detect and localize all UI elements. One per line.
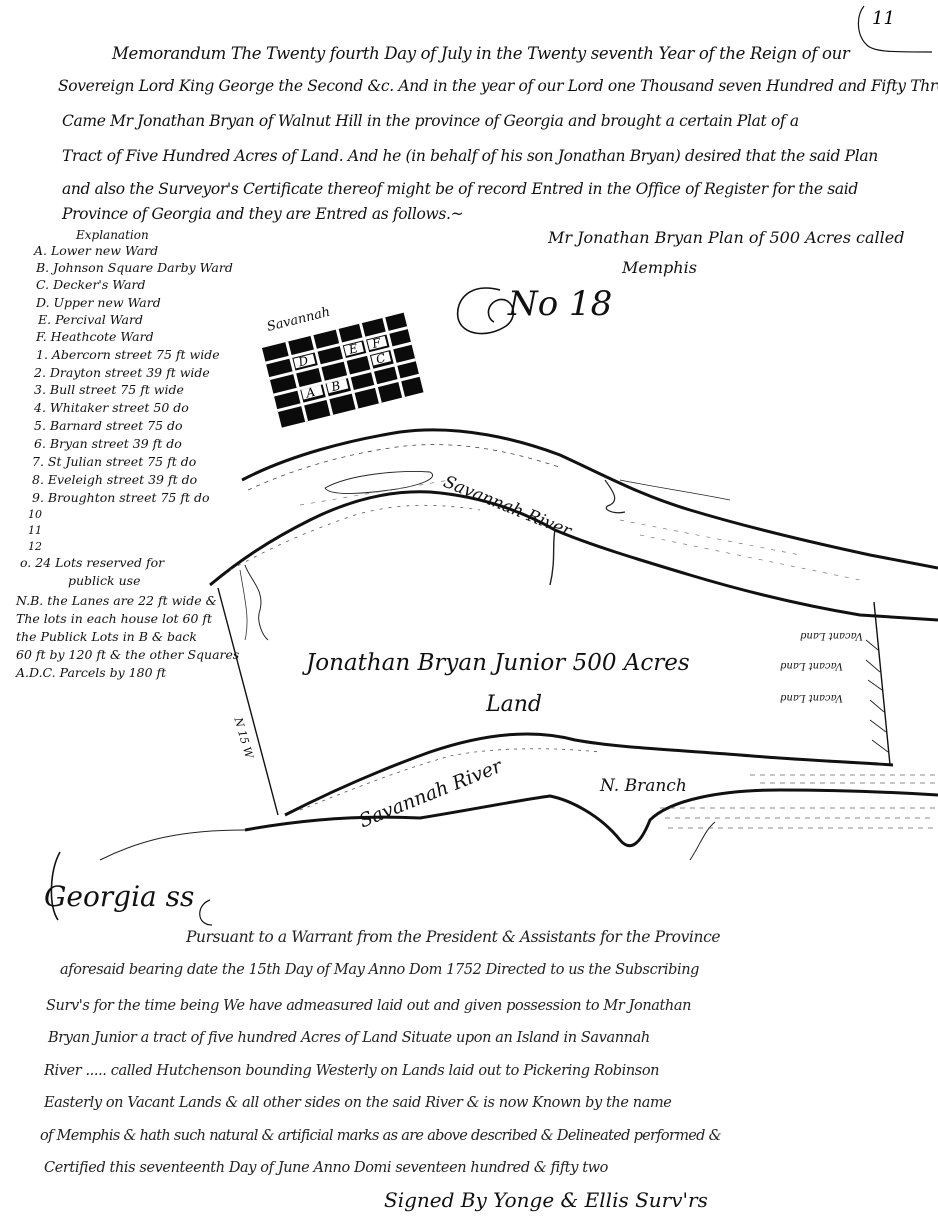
certificate-line: Certified this seventeenth Day of June A… [44,1160,608,1176]
certificate-line: Pursuant to a Warrant from the President… [186,928,720,946]
certificate-heading: Georgia ss [44,880,194,913]
branch-label: N. Branch [600,776,687,796]
tract-right-boundary [874,602,890,765]
lower-river-south-bank [245,790,938,846]
certificate-signature: Signed By Yonge & Ellis Surv'rs [384,1188,708,1212]
certificate-line: of Memphis & hath such natural & artific… [40,1128,721,1144]
certificate-line: Surv's for the time being We have admeas… [46,998,691,1014]
certificate-line: Easterly on Vacant Lands & all other sid… [44,1095,671,1111]
upper-river-north-bank [242,430,938,568]
right-boundary-note: Vacant Land [780,660,843,671]
river-sandbar [325,472,433,494]
upper-river-south-bank [210,492,938,620]
certificate-line: River ..... called Hutchenson bounding W… [44,1063,659,1079]
tract-label-land: Land [486,692,542,717]
right-boundary-note: Vacant Land [780,692,843,703]
right-boundary-note: Vacant Land [800,630,863,641]
certificate-line: aforesaid bearing date the 15th Day of M… [60,962,699,978]
tract-left-boundary [218,588,278,815]
tract-label: Jonathan Bryan Junior 500 Acres [306,650,690,676]
certificate-line: Bryan Junior a tract of five hundred Acr… [48,1030,650,1046]
